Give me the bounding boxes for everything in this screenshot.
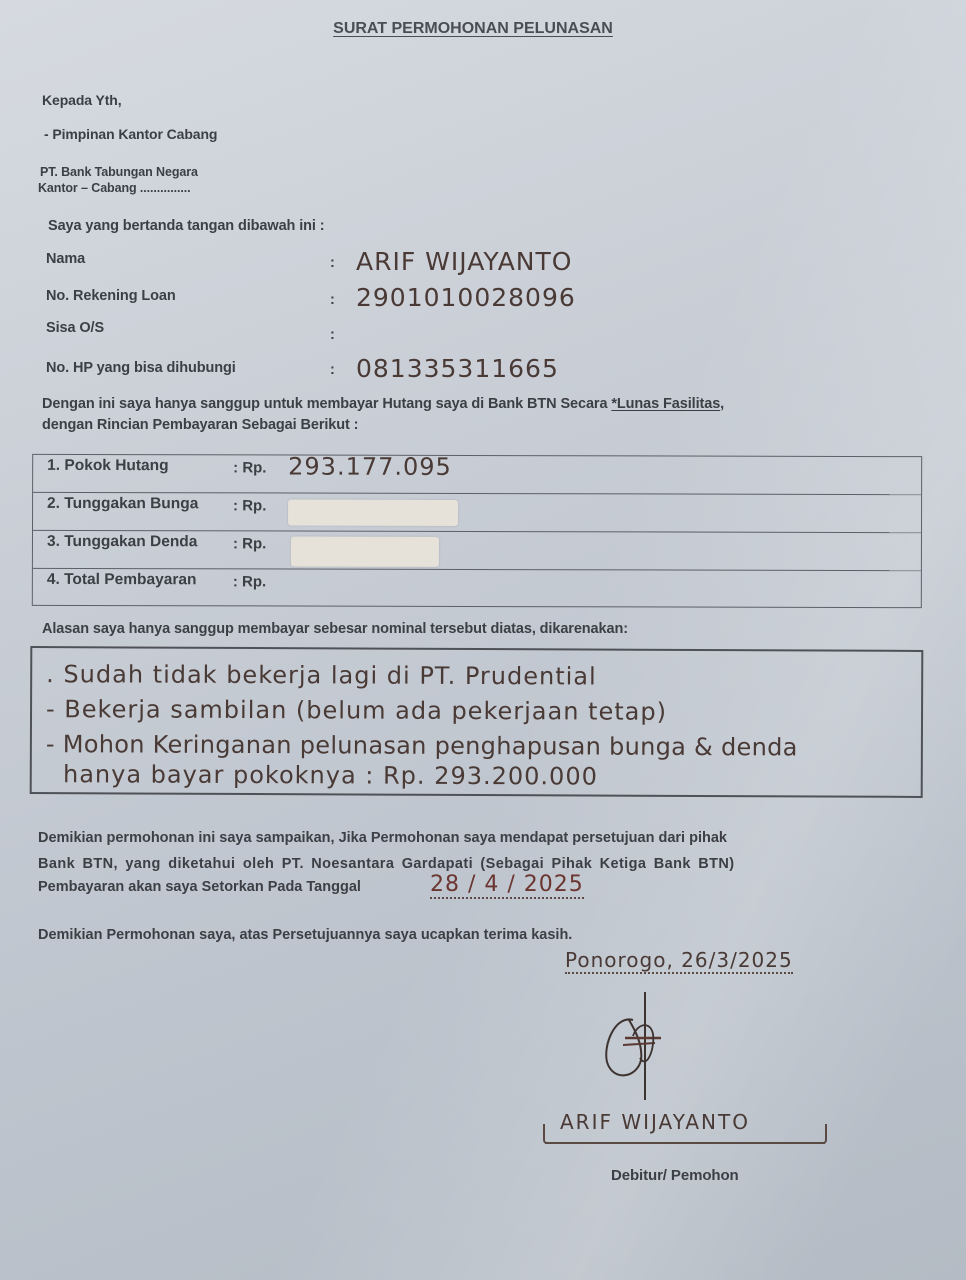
intro-text: Saya yang bertanda tangan dibawah ini : <box>48 218 325 234</box>
statement-punct: , <box>720 396 724 412</box>
colon: : <box>330 327 335 343</box>
statement-emphasis: *Lunas Fasilitas <box>611 396 720 412</box>
field-label-name: Nama <box>46 251 85 267</box>
reason-line: - Bekerja sambilan (belum ada pekerjaan … <box>46 695 667 726</box>
place-date: Ponorogo, 26/3/2025 <box>565 948 793 974</box>
payment-label: 3. Tunggakan Denda <box>47 533 197 551</box>
field-value-name: ARIF WIJAYANTO <box>356 247 572 276</box>
field-label-loan-account: No. Rekening Loan <box>46 288 176 304</box>
payment-table: 1. Pokok Hutang : Rp. 293.177.095 2. Tun… <box>32 454 922 608</box>
statement-line-2: dengan Rincian Pembayaran Sebagai Beriku… <box>42 417 358 433</box>
payment-row: 3. Tunggakan Denda : Rp. <box>33 531 921 571</box>
closing-line-3: Pembayaran akan saya Setorkan Pada Tangg… <box>38 879 361 895</box>
payment-value: 293.177.095 <box>288 453 452 481</box>
deposit-date-label: Pembayaran akan saya Setorkan Pada Tangg… <box>38 879 361 895</box>
payment-label: 2. Tunggakan Bunga <box>47 495 198 513</box>
colon: : <box>330 292 335 308</box>
field-label-phone: No. HP yang bisa dihubungi <box>46 360 236 376</box>
recipient-company: PT. Bank Tabungan Negara <box>40 165 198 179</box>
currency-label: : Rp. <box>233 573 266 590</box>
currency-label: : Rp. <box>233 459 266 476</box>
signature-scribble <box>595 990 705 1115</box>
redaction-patch <box>288 500 458 526</box>
payment-row: 2. Tunggakan Bunga : Rp. <box>33 493 921 533</box>
redaction-patch <box>291 537 439 567</box>
closing-line-1: Demikian permohonan ini saya sampaikan, … <box>38 830 727 846</box>
reason-box: . Sudah tidak bekerja lagi di PT. Pruden… <box>30 646 924 798</box>
reason-heading: Alasan saya hanya sanggup membayar sebes… <box>42 621 628 637</box>
statement-line-1: Dengan ini saya hanya sanggup untuk memb… <box>42 396 724 412</box>
statement-text: Dengan ini saya hanya sanggup untuk memb… <box>42 396 611 412</box>
currency-label: : Rp. <box>233 535 266 552</box>
payment-label: 4. Total Pembayaran <box>47 571 197 589</box>
colon: : <box>330 255 335 271</box>
field-value-phone: 081335311665 <box>356 354 559 383</box>
field-value-loan-account: 2901010028096 <box>356 283 576 312</box>
payment-row: 1. Pokok Hutang : Rp. 293.177.095 <box>33 455 921 495</box>
recipient-role: - Pimpinan Kantor Cabang <box>44 126 217 142</box>
colon: : <box>330 362 335 378</box>
signature-role: Debitur/ Pemohon <box>611 1167 739 1184</box>
currency-label: : Rp. <box>233 497 266 514</box>
reason-line: . Sudah tidak bekerja lagi di PT. Pruden… <box>46 660 597 690</box>
recipient-branch: Kantor – Cabang ............... <box>38 181 190 195</box>
payment-label: 1. Pokok Hutang <box>47 457 168 475</box>
thanks-line: Demikian Permohonan saya, atas Persetuju… <box>38 927 572 943</box>
signature-name: ARIF WIJAYANTO <box>560 1110 750 1134</box>
document-title: SURAT PERMOHONAN PELUNASAN <box>0 20 966 38</box>
greeting: Kepada Yth, <box>42 92 122 108</box>
reason-line: hanya bayar pokoknya : Rp. 293.200.000 <box>46 760 598 790</box>
closing-line-2: Bank BTN, yang diketahui oleh PT. Noesan… <box>38 856 734 872</box>
deposit-date: 28 / 4 / 2025 <box>430 872 584 899</box>
field-label-outstanding: Sisa O/S <box>46 320 104 336</box>
reason-line: - Mohon Keringanan pelunasan penghapusan… <box>46 730 798 761</box>
payment-row: 4. Total Pembayaran : Rp. <box>33 569 921 607</box>
